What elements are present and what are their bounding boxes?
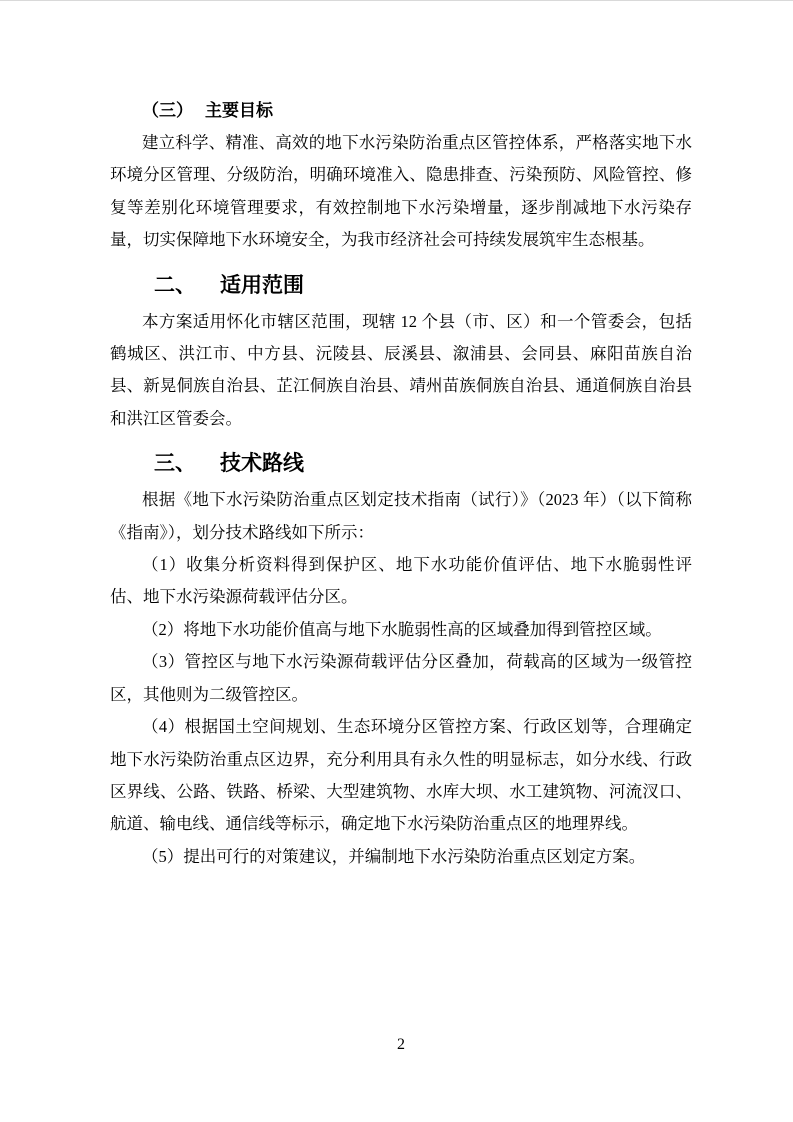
paragraph-objectives: 建立科学、精准、高效的地下水污染防治重点区管控体系，严格落实地下水环境分区管理、… bbox=[110, 127, 692, 257]
chapter-heading-technical-route: 三、技术路线 bbox=[110, 447, 692, 480]
page-number: 2 bbox=[110, 1034, 692, 1056]
chapter-title: 适用范围 bbox=[220, 274, 304, 297]
paragraph-step-3: （3）管控区与地下水污染源荷载评估分区叠加，荷载高的区域为一级管控区，其他则为二… bbox=[110, 646, 692, 711]
chapter-number: 二、 bbox=[154, 274, 196, 297]
chapter-number: 三、 bbox=[154, 452, 196, 475]
paragraph-step-2: （2）将地下水功能价值高与地下水脆弱性高的区域叠加得到管控区域。 bbox=[110, 614, 692, 646]
chapter-heading-scope: 二、适用范围 bbox=[110, 269, 692, 302]
paragraph-step-4: （4）根据国土空间规划、生态环境分区管控方案、行政区划等，合理确定地下水污染防治… bbox=[110, 711, 692, 841]
document-content: （三）主要目标 建立科学、精准、高效的地下水污染防治重点区管控体系，严格落实地下… bbox=[110, 98, 692, 873]
paragraph-step-1: （1）收集分析资料得到保护区、地下水功能价值评估、地下水脆弱性评估、地下水污染源… bbox=[110, 549, 692, 614]
sub-heading-number: （三） bbox=[142, 101, 193, 120]
paragraph-step-5: （5）提出可行的对策建议，并编制地下水污染防治重点区划定方案。 bbox=[110, 841, 692, 873]
paragraph-route-intro: 根据《地下水污染防治重点区划定技术指南（试行）》（2023 年）（以下简称《指南… bbox=[110, 484, 692, 549]
sub-heading-title: 主要目标 bbox=[205, 101, 273, 120]
chapter-title: 技术路线 bbox=[220, 452, 304, 475]
sub-heading-main-objectives: （三）主要目标 bbox=[110, 98, 692, 124]
document-page: （三）主要目标 建立科学、精准、高效的地下水污染防治重点区管控体系，严格落实地下… bbox=[0, 0, 793, 1122]
paragraph-scope: 本方案适用怀化市辖区范围，现辖 12 个县（市、区）和一个管委会，包括鹤城区、洪… bbox=[110, 306, 692, 436]
